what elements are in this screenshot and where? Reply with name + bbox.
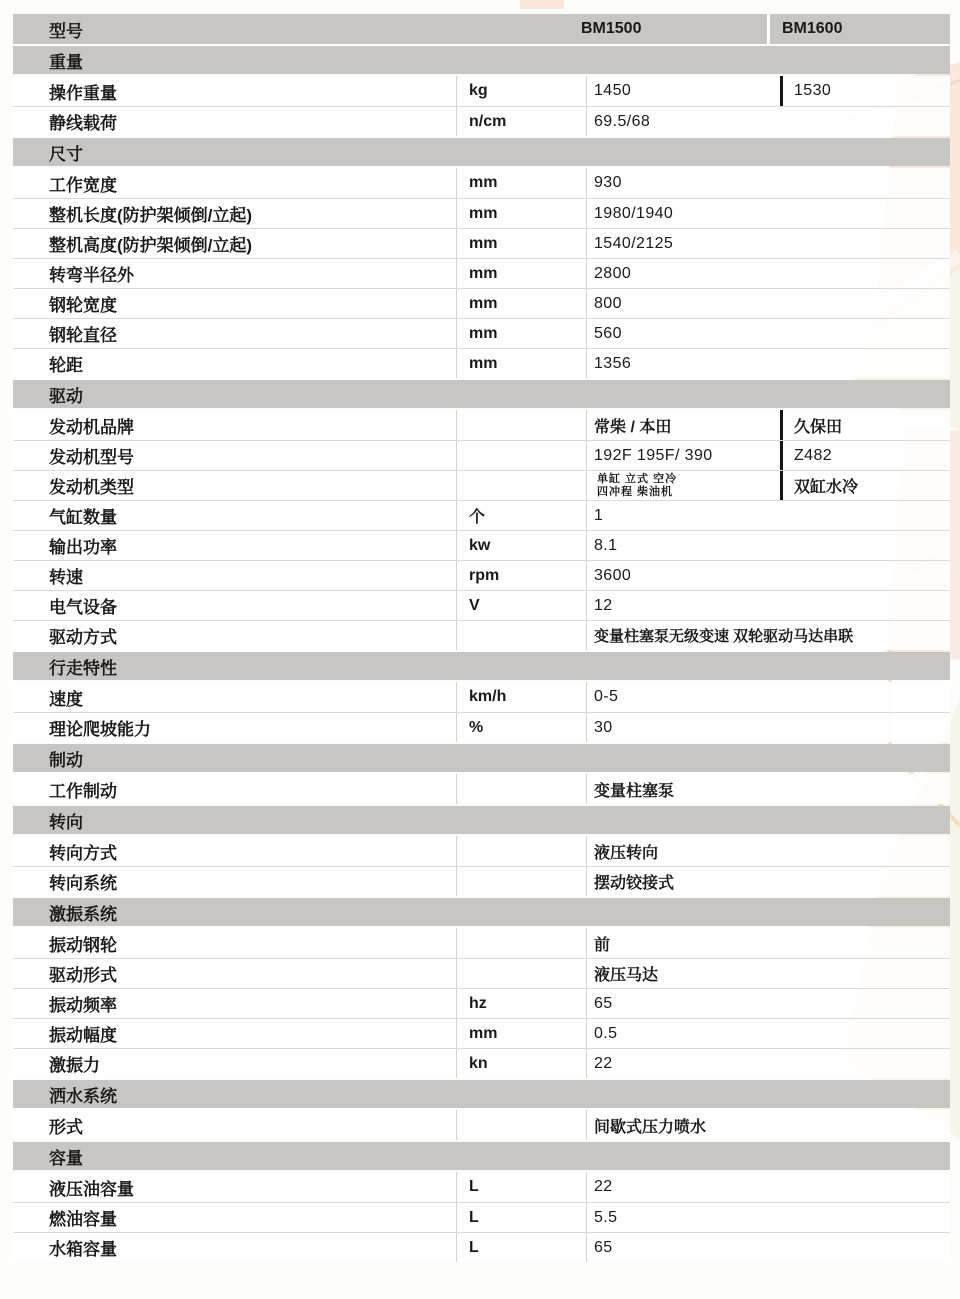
spec-value: 5.5 (587, 1203, 950, 1232)
spec-value-model1: 单缸 立式 空冷 四冲程 柴油机 (587, 471, 780, 500)
spec-row: 发动机品牌 常柴 / 本田 久保田 (13, 410, 950, 440)
spec-value: 930 (587, 168, 950, 198)
section-title: 制动 (13, 744, 950, 772)
spec-label: 钢轮直径 (13, 319, 457, 348)
spec-row: 形式 间歇式压力喷水 (13, 1110, 950, 1140)
spec-row: 激振力 kn 22 (13, 1048, 950, 1078)
section-title: 重量 (13, 46, 950, 74)
spec-row: 工作制动 变量柱塞泵 (13, 774, 950, 804)
spec-unit: mm (457, 289, 587, 318)
spec-value: 变量柱塞泵无级变速 双轮驱动马达串联 (587, 621, 950, 650)
spec-value: 间歇式压力喷水 (587, 1110, 950, 1140)
section-title-text: 转向 (49, 808, 83, 833)
spec-row: 整机长度(防护架倾倒/立起) mm 1980/1940 (13, 198, 950, 228)
spec-value: 12 (587, 591, 950, 620)
section-rows: 速度 km/h 0-5 理论爬坡能力 % 30 (13, 682, 950, 742)
section-brake: 制动 工作制动 变量柱塞泵 (13, 744, 950, 804)
spec-label: 静线载荷 (13, 107, 457, 136)
spec-row: 整机高度(防护架倾倒/立起) mm 1540/2125 (13, 228, 950, 258)
spec-unit (457, 471, 587, 500)
spec-unit (457, 928, 587, 958)
spec-label: 形式 (13, 1110, 457, 1140)
section-title-text: 行走特性 (49, 654, 117, 679)
spec-row: 转向系统 摆动铰接式 (13, 866, 950, 896)
spec-value: 560 (587, 319, 950, 348)
spec-value: 1356 (587, 349, 950, 378)
spec-value: 1540/2125 (587, 229, 950, 258)
spec-value-model1: 1450 (587, 76, 780, 106)
spec-unit: hz (457, 989, 587, 1018)
spec-label: 操作重量 (13, 76, 457, 106)
section-vibration: 激振系统 振动钢轮 前 驱动形式 液压马达 振动频率 hz 65 振动幅度 mm… (13, 898, 950, 1078)
spec-value-model1: 192F 195F/ 390 (587, 441, 780, 470)
spec-row: 驱动方式 变量柱塞泵无级变速 双轮驱动马达串联 (13, 620, 950, 650)
engine-type-line2: 四冲程 柴油机 (597, 486, 673, 499)
spec-row: 操作重量 kg 1450 1530 (13, 76, 950, 106)
section-weight: 重量 操作重量 kg 1450 1530 静线载荷 n/cm 69.5/68 (13, 46, 950, 136)
spec-value: 800 (587, 289, 950, 318)
spec-value: 液压马达 (587, 959, 950, 988)
spec-unit: mm (457, 199, 587, 228)
spec-value: 69.5/68 (587, 107, 950, 136)
spec-row: 输出功率 kw 8.1 (13, 530, 950, 560)
spec-label: 燃油容量 (13, 1203, 457, 1232)
spec-value: 1980/1940 (587, 199, 950, 228)
spec-value-model2: Z482 (780, 441, 950, 470)
spec-unit: km/h (457, 682, 587, 712)
spec-unit (457, 774, 587, 804)
spec-label: 工作制动 (13, 774, 457, 804)
spec-row: 转向方式 液压转向 (13, 836, 950, 866)
spec-value: 22 (587, 1049, 950, 1078)
section-rows: 发动机品牌 常柴 / 本田 久保田 发动机型号 192F 195F/ 390 Z… (13, 410, 950, 650)
spec-unit: L (457, 1203, 587, 1232)
spec-label: 液压油容量 (13, 1172, 457, 1202)
section-title-text: 尺寸 (49, 140, 83, 165)
spec-label: 振动频率 (13, 989, 457, 1018)
spec-unit (457, 836, 587, 866)
model-bm1500: BM1500 (574, 20, 767, 38)
spec-label: 发动机型号 (13, 441, 457, 470)
section-rows: 工作制动 变量柱塞泵 (13, 774, 950, 804)
section-steering: 转向 转向方式 液压转向 转向系统 摆动铰接式 (13, 806, 950, 896)
spec-unit: kg (457, 76, 587, 106)
spec-row: 燃油容量 L 5.5 (13, 1202, 950, 1232)
spec-label: 电气设备 (13, 591, 457, 620)
spec-label: 水箱容量 (13, 1233, 457, 1262)
spec-unit: mm (457, 1019, 587, 1048)
spec-value-model2: 双缸水冷 (780, 471, 950, 500)
spec-unit (457, 1110, 587, 1140)
spec-unit: % (457, 713, 587, 742)
spec-value: 22 (587, 1172, 950, 1202)
spec-row: 液压油容量 L 22 (13, 1172, 950, 1202)
spec-value: 1 (587, 501, 950, 530)
section-rows: 形式 间歇式压力喷水 (13, 1110, 950, 1140)
spec-row: 理论爬坡能力 % 30 (13, 712, 950, 742)
spec-unit: mm (457, 259, 587, 288)
spec-unit: L (457, 1233, 587, 1262)
section-capacity: 容量 液压油容量 L 22 燃油容量 L 5.5 水箱容量 L 65 (13, 1142, 950, 1262)
section-title: 洒水系统 (13, 1080, 950, 1108)
spec-label: 驱动形式 (13, 959, 457, 988)
section-dimensions: 尺寸 工作宽度 mm 930 整机长度(防护架倾倒/立起) mm 1980/19… (13, 138, 950, 378)
spec-table: 型号 BM1500 BM1600 重量 操作重量 kg 1450 1530 静线… (13, 14, 950, 1262)
spec-value-model2: 久保田 (780, 410, 950, 440)
spec-row: 振动幅度 mm 0.5 (13, 1018, 950, 1048)
spec-value: 前 (587, 928, 950, 958)
section-rows: 液压油容量 L 22 燃油容量 L 5.5 水箱容量 L 65 (13, 1172, 950, 1262)
section-title-text: 容量 (49, 1144, 83, 1169)
spec-value: 8.1 (587, 531, 950, 560)
section-title: 行走特性 (13, 652, 950, 680)
spec-label: 理论爬坡能力 (13, 713, 457, 742)
spec-unit (457, 867, 587, 896)
section-title: 尺寸 (13, 138, 950, 166)
spec-label: 输出功率 (13, 531, 457, 560)
section-travel: 行走特性 速度 km/h 0-5 理论爬坡能力 % 30 (13, 652, 950, 742)
section-rows: 振动钢轮 前 驱动形式 液压马达 振动频率 hz 65 振动幅度 mm 0.5 … (13, 928, 950, 1078)
spec-label: 转弯半径外 (13, 259, 457, 288)
spec-unit: L (457, 1172, 587, 1202)
spec-value: 2800 (587, 259, 950, 288)
spec-value: 30 (587, 713, 950, 742)
spec-value: 摆动铰接式 (587, 867, 950, 896)
spec-row: 轮距 mm 1356 (13, 348, 950, 378)
section-drive: 驱动 发动机品牌 常柴 / 本田 久保田 发动机型号 192F 195F/ 39… (13, 380, 950, 650)
spec-value: 65 (587, 989, 950, 1018)
section-title: 驱动 (13, 380, 950, 408)
spec-label: 激振力 (13, 1049, 457, 1078)
spec-label: 钢轮宽度 (13, 289, 457, 318)
spec-unit: rpm (457, 561, 587, 590)
spec-unit: mm (457, 319, 587, 348)
model-header-row: 型号 BM1500 BM1600 (13, 14, 950, 44)
spec-row: 发动机类型 单缸 立式 空冷 四冲程 柴油机 双缸水冷 (13, 470, 950, 500)
spec-label: 转速 (13, 561, 457, 590)
section-title: 激振系统 (13, 898, 950, 926)
section-title-text: 激振系统 (49, 900, 117, 925)
spec-row: 气缸数量 个 1 (13, 500, 950, 530)
spec-row: 驱动形式 液压马达 (13, 958, 950, 988)
spec-value-model1: 常柴 / 本田 (587, 410, 780, 440)
spec-value: 3600 (587, 561, 950, 590)
spec-label: 转向系统 (13, 867, 457, 896)
section-title-text: 制动 (49, 746, 83, 771)
spec-label: 工作宽度 (13, 168, 457, 198)
spec-row: 水箱容量 L 65 (13, 1232, 950, 1262)
spec-value: 0-5 (587, 682, 950, 712)
spec-unit: mm (457, 349, 587, 378)
spec-row: 转弯半径外 mm 2800 (13, 258, 950, 288)
section-title-text: 驱动 (49, 382, 83, 407)
section-rows: 操作重量 kg 1450 1530 静线载荷 n/cm 69.5/68 (13, 76, 950, 136)
peach-patch-top (520, 0, 564, 9)
section-rows: 转向方式 液压转向 转向系统 摆动铰接式 (13, 836, 950, 896)
model-label: 型号 (13, 17, 574, 42)
section-title: 转向 (13, 806, 950, 834)
spec-value: 0.5 (587, 1019, 950, 1048)
spec-value-model2: 1530 (780, 76, 950, 106)
section-title-text: 重量 (49, 48, 83, 73)
spec-unit (457, 410, 587, 440)
spec-label: 轮距 (13, 349, 457, 378)
spec-unit: V (457, 591, 587, 620)
spec-label: 振动幅度 (13, 1019, 457, 1048)
spec-unit: 个 (457, 501, 587, 530)
section-water: 洒水系统 形式 间歇式压力喷水 (13, 1080, 950, 1140)
spec-row: 钢轮直径 mm 560 (13, 318, 950, 348)
spec-label: 转向方式 (13, 836, 457, 866)
spec-value: 液压转向 (587, 836, 950, 866)
spec-row: 振动钢轮 前 (13, 928, 950, 958)
section-title: 容量 (13, 1142, 950, 1170)
spec-unit: n/cm (457, 107, 587, 136)
spec-row: 振动频率 hz 65 (13, 988, 950, 1018)
spec-label: 驱动方式 (13, 621, 457, 650)
spec-row: 发动机型号 192F 195F/ 390 Z482 (13, 440, 950, 470)
spec-label: 整机长度(防护架倾倒/立起) (13, 199, 457, 228)
spec-unit (457, 441, 587, 470)
spec-label: 振动钢轮 (13, 928, 457, 958)
spec-label: 发动机品牌 (13, 410, 457, 440)
spec-unit: kw (457, 531, 587, 560)
spec-row: 钢轮宽度 mm 800 (13, 288, 950, 318)
spec-unit (457, 621, 587, 650)
spec-row: 转速 rpm 3600 (13, 560, 950, 590)
spec-value: 变量柱塞泵 (587, 774, 950, 804)
spec-unit: mm (457, 168, 587, 198)
spec-value: 65 (587, 1233, 950, 1262)
model-bm1600: BM1600 (770, 20, 950, 38)
spec-unit: kn (457, 1049, 587, 1078)
spec-row: 电气设备 V 12 (13, 590, 950, 620)
spec-row: 静线载荷 n/cm 69.5/68 (13, 106, 950, 136)
engine-type-line1: 单缸 立式 空冷 (597, 473, 677, 486)
section-title-text: 洒水系统 (49, 1082, 117, 1107)
spec-unit: mm (457, 229, 587, 258)
spec-row: 工作宽度 mm 930 (13, 168, 950, 198)
spec-label: 整机高度(防护架倾倒/立起) (13, 229, 457, 258)
spec-label: 速度 (13, 682, 457, 712)
spec-label: 气缸数量 (13, 501, 457, 530)
spec-unit (457, 959, 587, 988)
spec-label: 发动机类型 (13, 471, 457, 500)
spec-row: 速度 km/h 0-5 (13, 682, 950, 712)
section-rows: 工作宽度 mm 930 整机长度(防护架倾倒/立起) mm 1980/1940 … (13, 168, 950, 378)
